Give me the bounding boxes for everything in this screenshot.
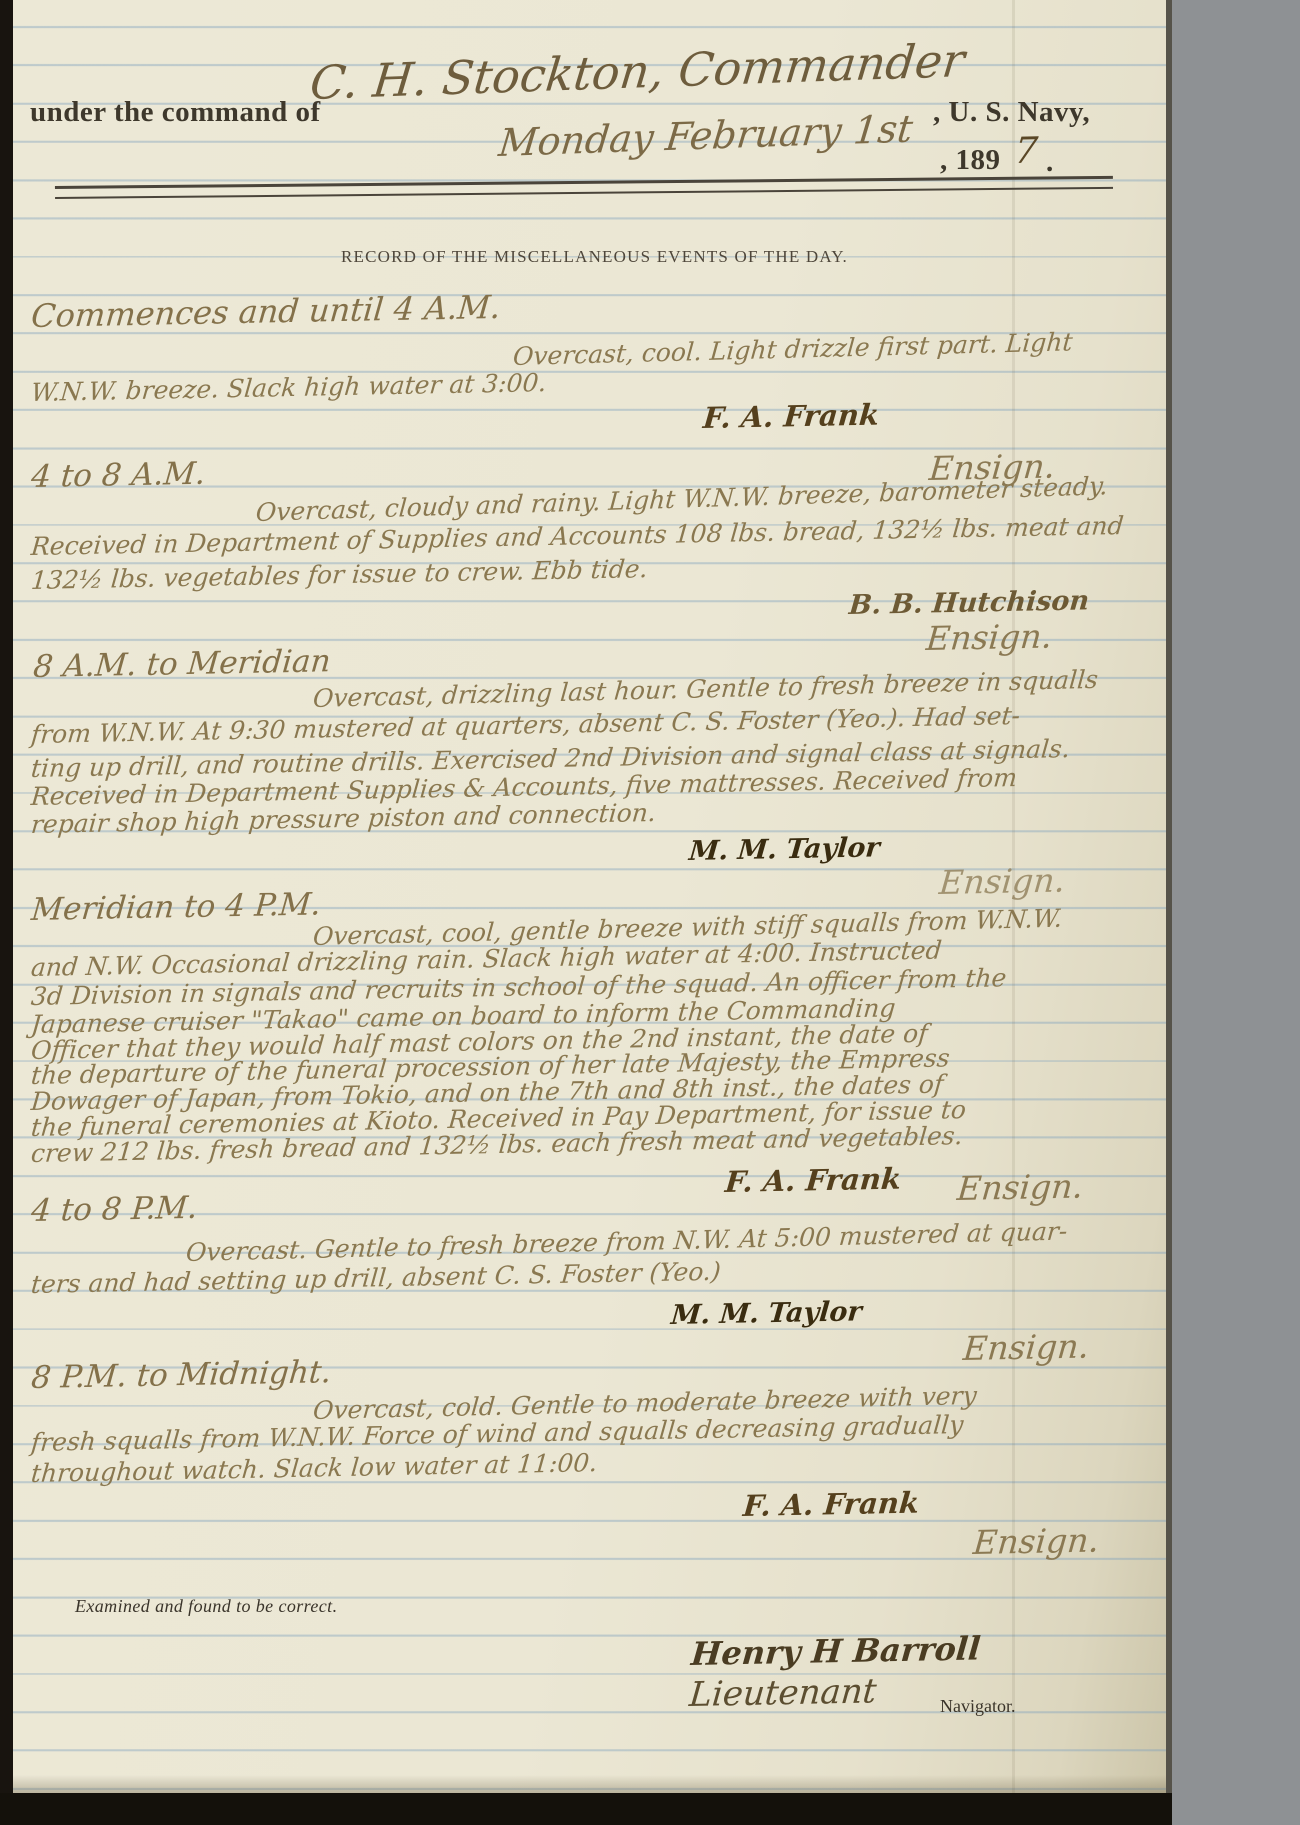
entry-3-officer-rank: Ensign. [938, 864, 1067, 899]
printed-command-label: under the command of [30, 98, 321, 127]
year-digit-script: 7 [1013, 133, 1039, 170]
entry-5-officer-signature: M. M. Taylor [670, 1298, 863, 1329]
entry-6-time-label: 8 P.M. to Midnight. [30, 1357, 333, 1394]
entry-4-time-label: Meridian to 4 P.M. [30, 889, 322, 926]
entry-2-officer-rank: Ensign. [925, 620, 1054, 655]
printed-year-prefix: , 189 [940, 146, 1001, 175]
entry-1-time-label: Commences and until 4 A.M. [30, 291, 502, 332]
entry-4-officer-signature: F. A. Frank [724, 1165, 902, 1197]
entry-2-time-label: 4 to 8 A.M. [30, 459, 207, 493]
entry-6-officer-rank: Ensign. [972, 1524, 1101, 1559]
navigator-printed-label: Navigator. [940, 1697, 1015, 1715]
year-period: . [1046, 148, 1054, 177]
logbook-scan: { "document": { "colors": { "paper": "#e… [0, 0, 1300, 1825]
printed-us-navy-label: , U. S. Navy, [933, 98, 1090, 127]
entry-6-officer-signature: F. A. Frank [742, 1489, 920, 1521]
scan-edge-left [0, 0, 13, 1825]
entry-2-officer-signature: B. B. Hutchison [848, 587, 1090, 619]
entry-5-officer-rank: Ensign. [962, 1330, 1091, 1365]
page-fore-edge [1166, 0, 1172, 1793]
entry-3-time-label: 8 A.M. to Meridian [32, 646, 332, 683]
navigator-rank-script: Lieutenant [688, 1674, 878, 1712]
navigator-signature: Henry H Barroll [690, 1632, 982, 1670]
entry-4-officer-rank: Ensign. [956, 1170, 1085, 1205]
scan-edge-bottom [0, 1793, 1172, 1825]
record-title: RECORD OF THE MISCELLANEOUS EVENTS OF TH… [341, 248, 848, 265]
entry-5-time-label: 4 to 8 P.M. [30, 1193, 199, 1227]
examined-note: Examined and found to be correct. [75, 1597, 337, 1615]
entry-3-officer-signature: M. M. Taylor [688, 834, 881, 865]
entry-1-officer-signature: F. A. Frank [702, 401, 880, 433]
